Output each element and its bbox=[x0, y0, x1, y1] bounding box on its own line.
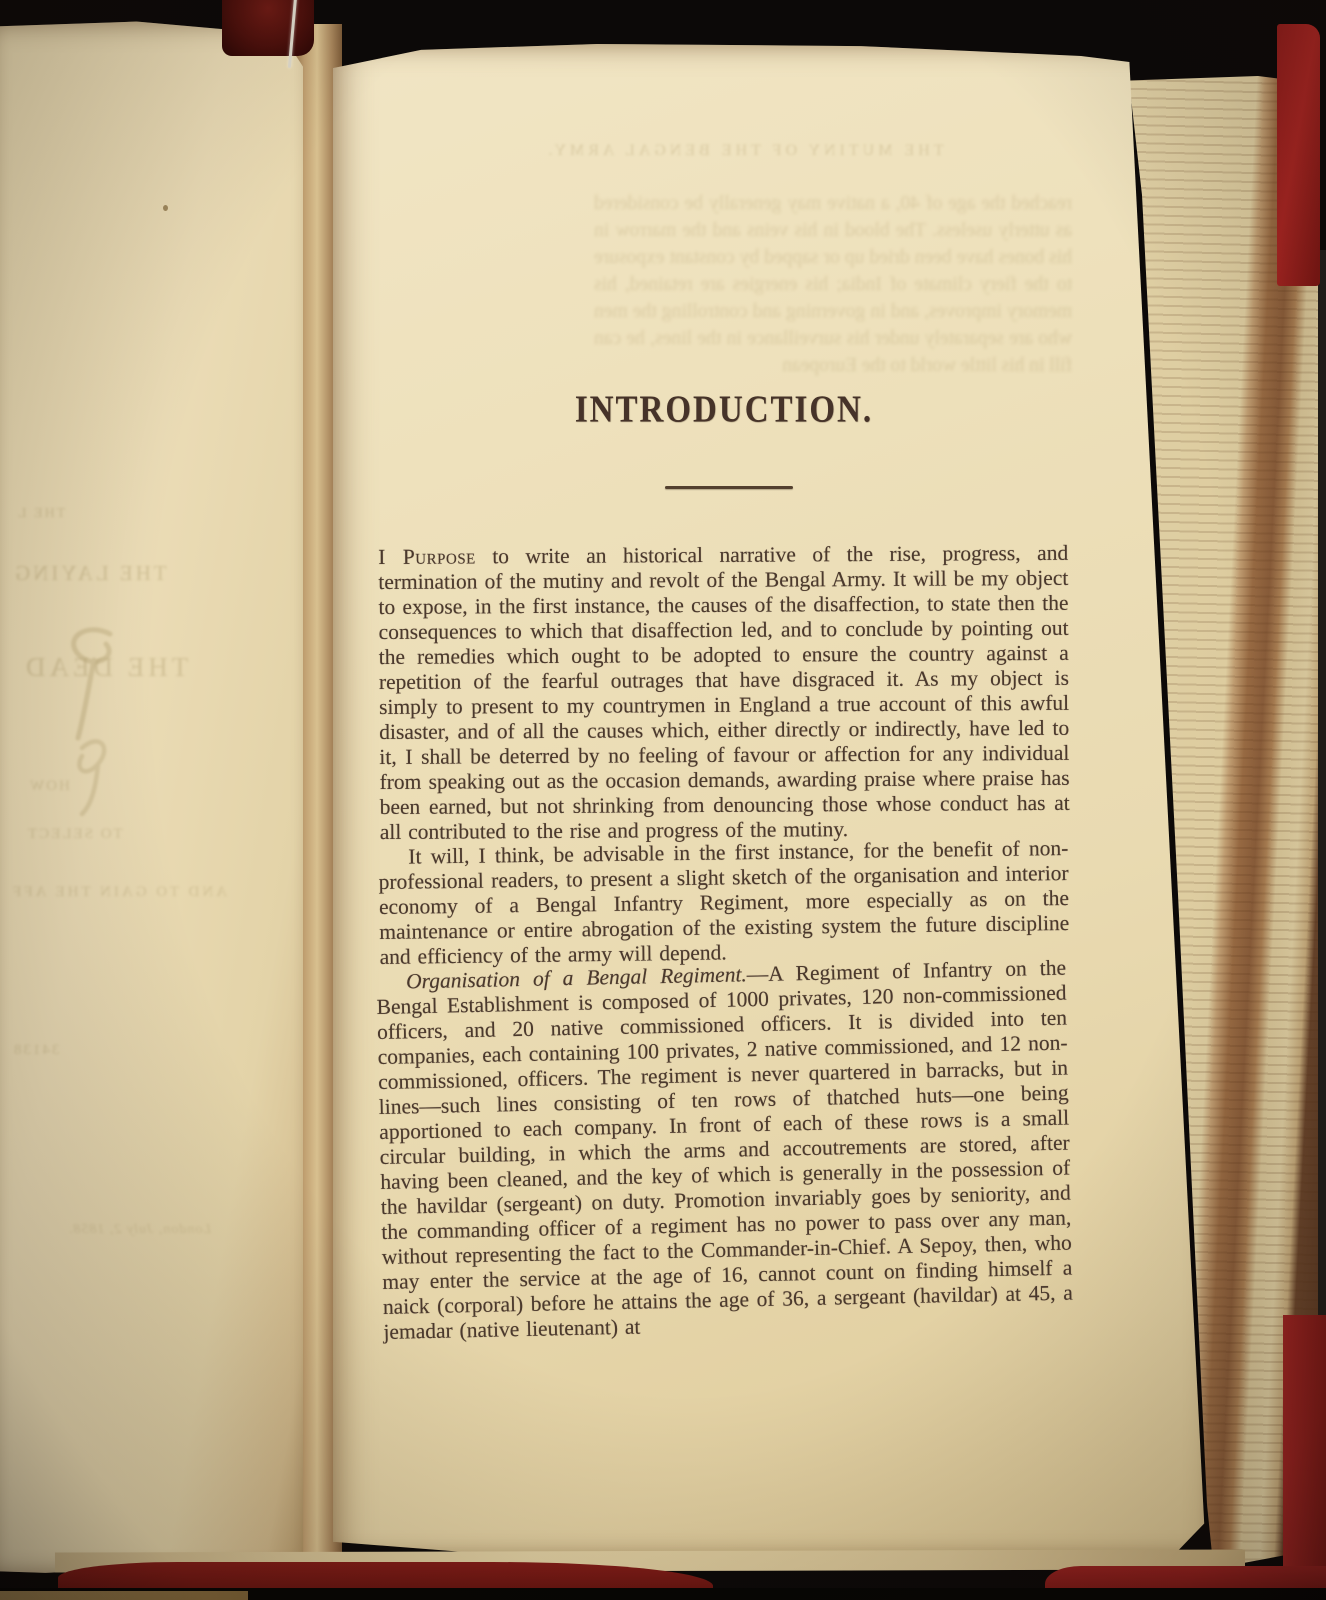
bleedthrough-paragraph: reached the age of 40, a native may gene… bbox=[594, 190, 1072, 382]
paper-speck bbox=[163, 205, 168, 211]
bleedthrough-running-header: THE MUTINY OF THE BENGAL ARMY. bbox=[399, 142, 1089, 160]
body-text: I Purpose to write an historical narrati… bbox=[379, 545, 1069, 1345]
paragraph-text: to write an historical narrative of the … bbox=[378, 541, 1070, 844]
right-page: THE MUTINY OF THE BENGAL ARMY. reached t… bbox=[333, 40, 1213, 1560]
red-cover-right-edge bbox=[1283, 1315, 1326, 1600]
page-content: THE MUTINY OF THE BENGAL ARMY. reached t… bbox=[379, 40, 1069, 1560]
spine-head bbox=[222, 0, 314, 56]
book-photo: THE L THE LAYING THE DEAD HOW TO SELECT … bbox=[0, 0, 1326, 1600]
em-dash: — bbox=[747, 962, 769, 986]
intro-paragraph: I Purpose to write an historical narrati… bbox=[378, 541, 1070, 845]
handwritten-inscription-ghost bbox=[48, 620, 138, 820]
bleedthrough-fragment: 34138 bbox=[12, 1042, 60, 1059]
paragraph-text: A Regiment of Infantry on the Bengal Est… bbox=[376, 956, 1073, 1344]
cover-gilt-edge bbox=[0, 1591, 248, 1600]
page-title: INTRODUCTION. bbox=[379, 389, 1069, 432]
divider-rule bbox=[665, 486, 793, 489]
left-page: THE L THE LAYING THE DEAD HOW TO SELECT … bbox=[0, 20, 303, 1576]
sketch-paragraph: It will, I think, be advisable in the fi… bbox=[378, 836, 1070, 970]
bleedthrough-fragment: London, July 2, 1858. bbox=[68, 1222, 211, 1238]
bleedthrough-fragment: AND TO GAIN THE AFF bbox=[10, 884, 227, 901]
red-cover-top-edge bbox=[1277, 24, 1320, 286]
bleedthrough-fragment: THE LAYING bbox=[12, 561, 167, 586]
bleedthrough-fragment: THE L bbox=[16, 506, 65, 522]
paragraph-lead: I Purpose bbox=[378, 544, 476, 569]
bleedthrough-fragment: TO SELECT bbox=[26, 826, 122, 843]
organisation-paragraph: Organisation of a Bengal Regiment.—A Reg… bbox=[376, 956, 1074, 1345]
